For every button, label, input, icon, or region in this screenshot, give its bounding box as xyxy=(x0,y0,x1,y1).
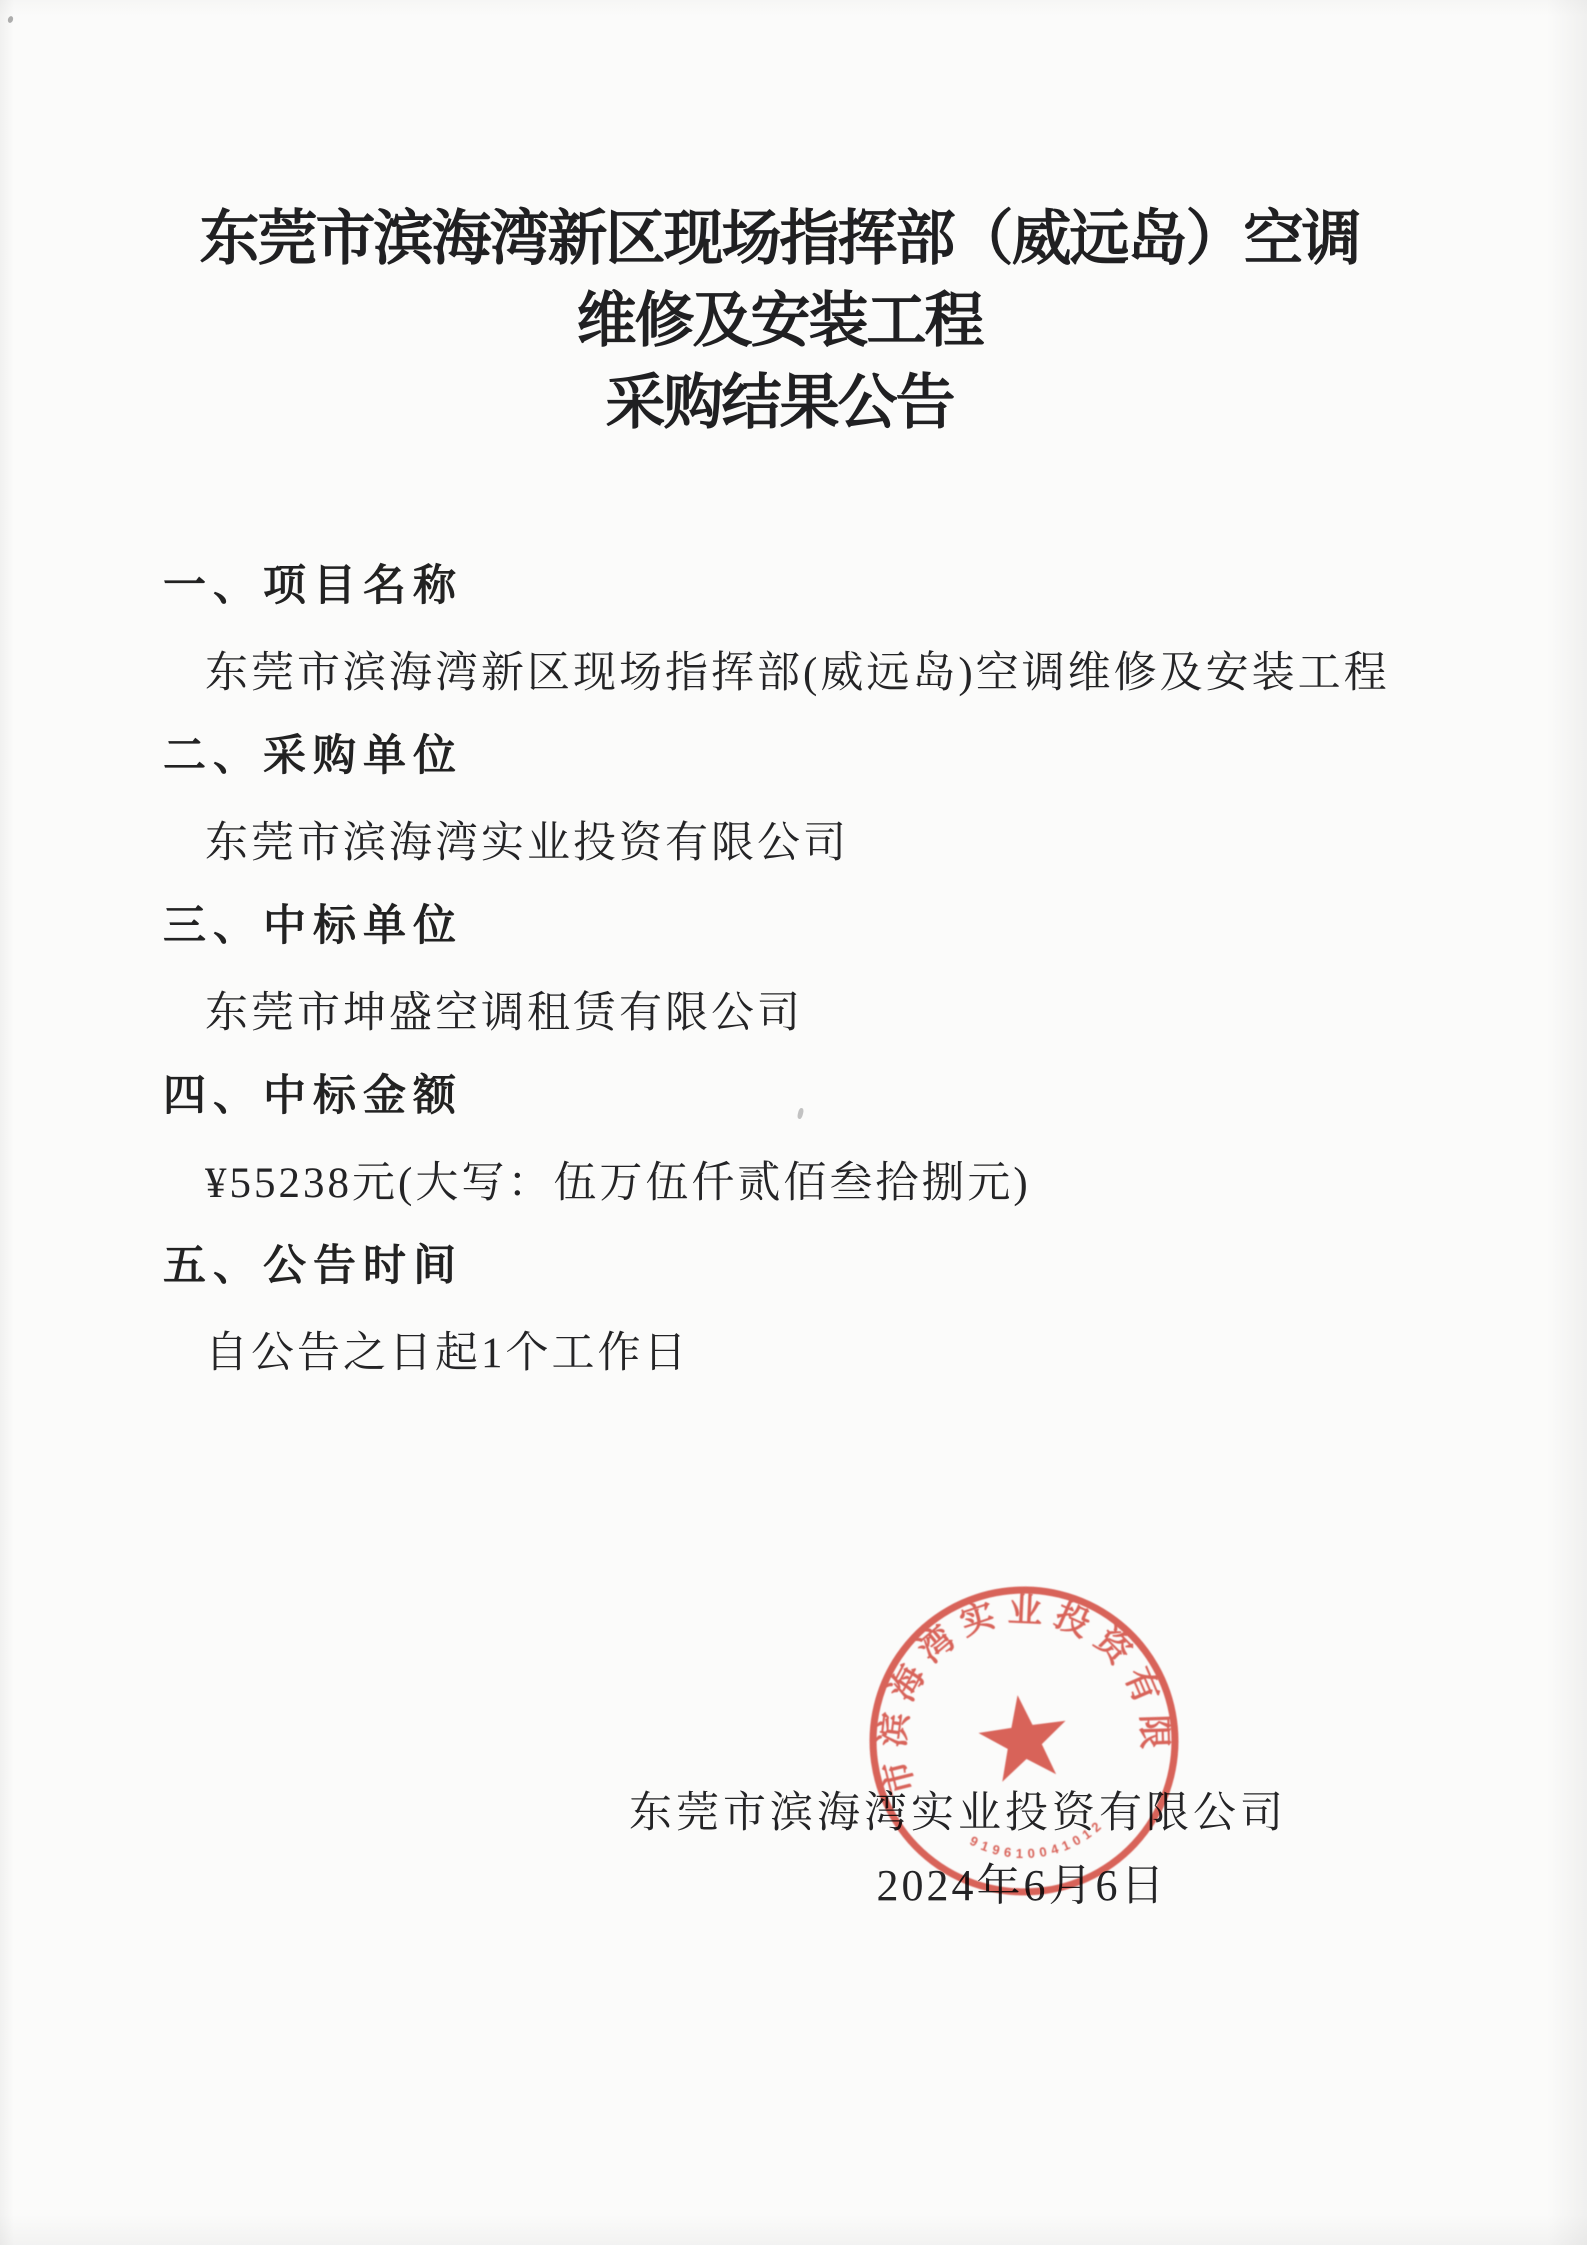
section-announcement-period: 五、公告时间 自公告之日起1个工作日 xyxy=(163,1236,1477,1384)
section-purchaser: 二、采购单位 东莞市滨海湾实业投资有限公司 xyxy=(163,726,1477,874)
section-content-bid-amount: ¥55238元(大写：伍万伍仟贰佰叁拾捌元) xyxy=(205,1154,1477,1214)
document-body: 一、项目名称 东莞市滨海湾新区现场指挥部(威远岛)空调维修及安装工程 二、采购单… xyxy=(163,556,1477,1406)
document-title: 东莞市滨海湾新区现场指挥部（威远岛）空调 维修及安装工程 采购结果公告 xyxy=(0,198,1559,444)
svg-text:919610041012: 919610041012 xyxy=(966,1815,1111,1870)
section-heading-project-name: 一、项目名称 xyxy=(163,556,1477,616)
company-seal-stamp: 东莞市滨海湾实业投资有限公司 919610041012 xyxy=(842,1559,1206,1923)
section-heading-bid-amount: 四、中标金额 xyxy=(163,1066,1477,1126)
section-content-purchaser: 东莞市滨海湾实业投资有限公司 xyxy=(205,814,1477,874)
section-content-project-name: 东莞市滨海湾新区现场指挥部(威远岛)空调维修及安装工程 xyxy=(205,644,1477,704)
stamp-registration-number: 919610041012 xyxy=(966,1815,1111,1870)
section-content-winning-bidder: 东莞市坤盛空调租赁有限公司 xyxy=(205,984,1477,1044)
title-line-1: 东莞市滨海湾新区现场指挥部（威远岛）空调 xyxy=(0,198,1559,280)
stamp-star-icon xyxy=(974,1689,1073,1784)
title-line-2: 维修及安装工程 xyxy=(0,280,1559,362)
title-line-3: 采购结果公告 xyxy=(0,362,1559,444)
section-heading-announcement-period: 五、公告时间 xyxy=(163,1236,1477,1296)
section-bid-amount: 四、中标金额 ¥55238元(大写：伍万伍仟贰佰叁拾捌元) xyxy=(163,1066,1477,1214)
section-content-announcement-period: 自公告之日起1个工作日 xyxy=(205,1324,1477,1384)
section-winning-bidder: 三、中标单位 东莞市坤盛空调租赁有限公司 xyxy=(163,896,1477,1044)
section-heading-purchaser: 二、采购单位 xyxy=(163,726,1477,786)
section-heading-winning-bidder: 三、中标单位 xyxy=(163,896,1477,956)
scan-speck-top-left xyxy=(7,15,14,23)
section-project-name: 一、项目名称 东莞市滨海湾新区现场指挥部(威远岛)空调维修及安装工程 xyxy=(163,556,1477,704)
